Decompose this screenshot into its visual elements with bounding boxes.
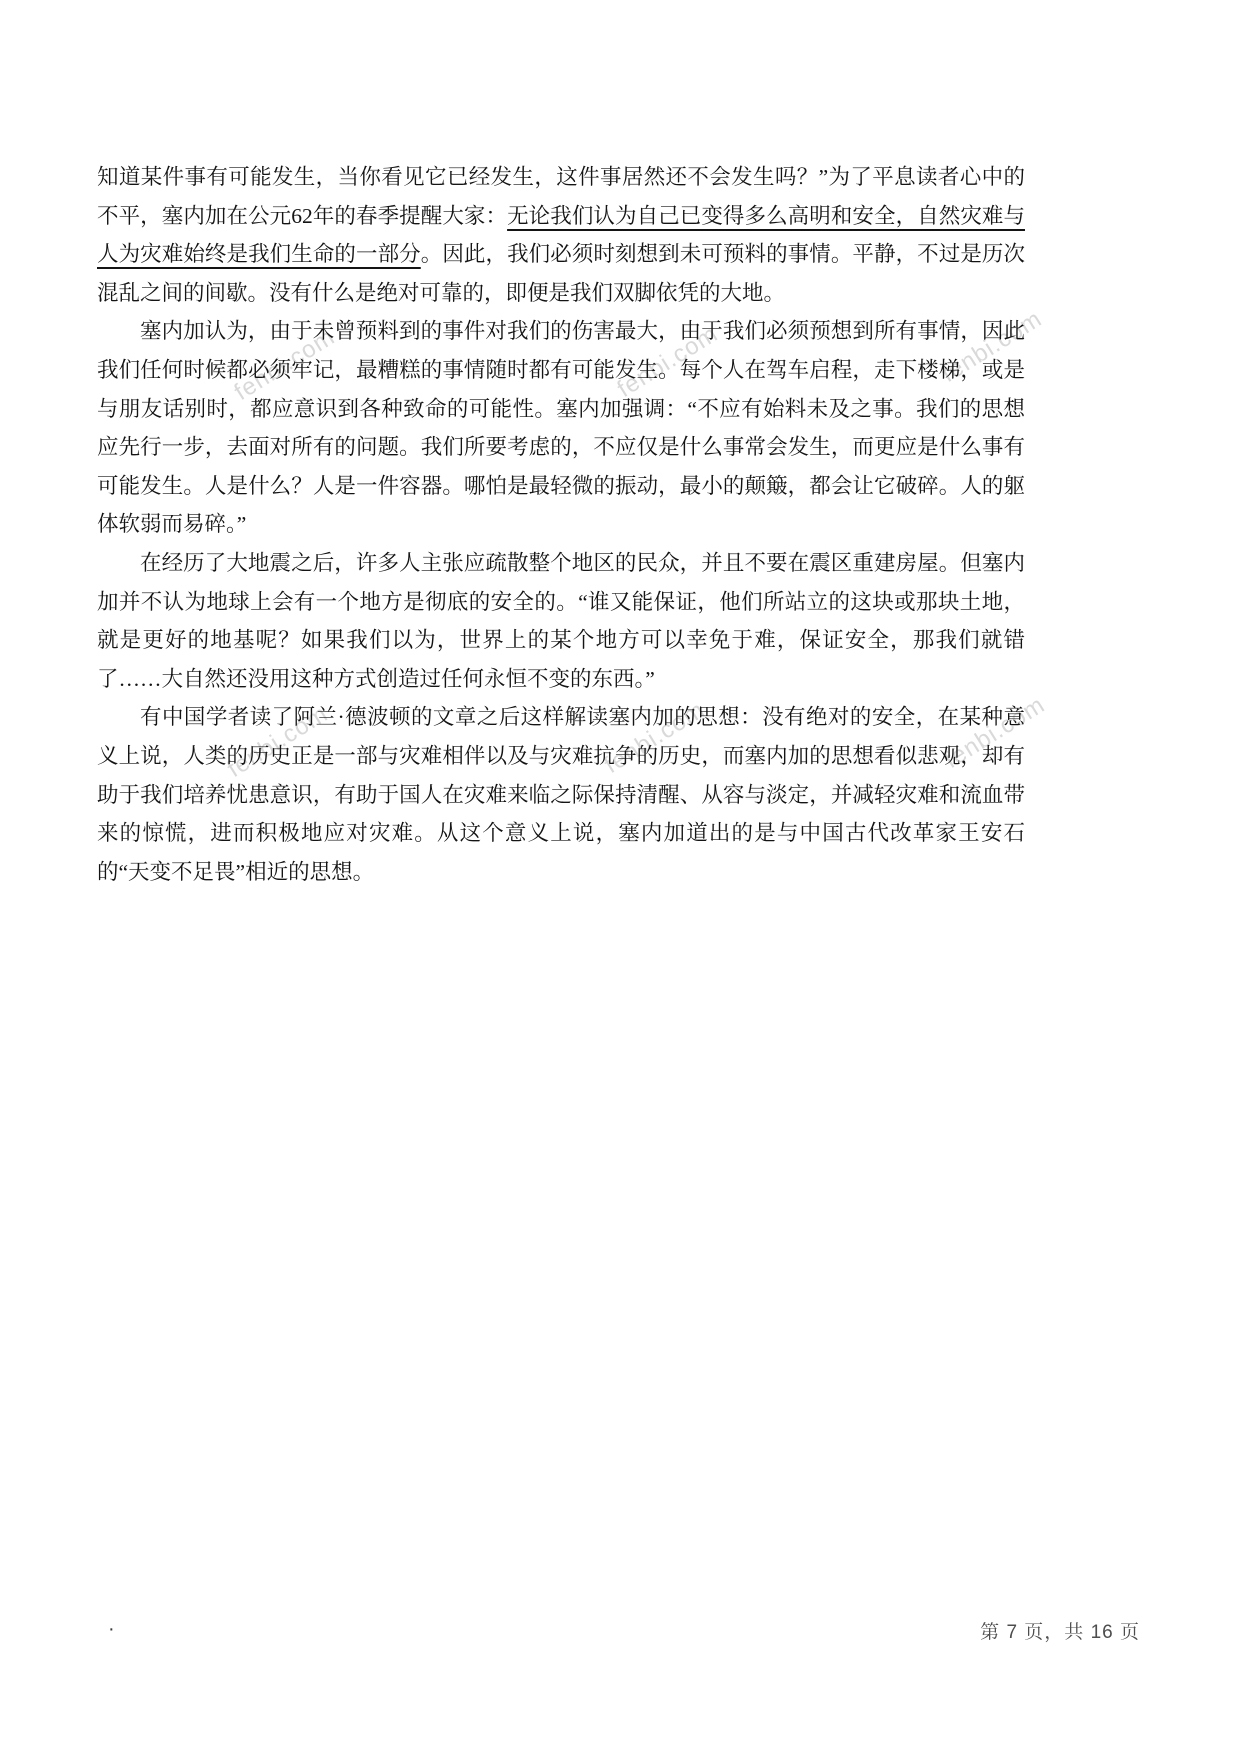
paragraph-2: 塞内加认为，由于未曾预料到的事件对我们的伤害最大，由于我们必须预想到所有事情，因…	[97, 312, 1025, 544]
paragraph-3: 在经历了大地震之后，许多人主张应疏散整个地区的民众，并且不要在震区重建房屋。但塞…	[97, 544, 1025, 698]
paragraph-1: 知道某件事有可能发生，当你看见它已经发生，这件事居然还不会发生吗？”为了平息读者…	[97, 158, 1025, 312]
paragraph-3-text: 在经历了大地震之后，许多人主张应疏散整个地区的民众，并且不要在震区重建房屋。但塞…	[97, 551, 1025, 691]
document-page: fenbi.com fenbi.com fenbi.com fenbi.com …	[0, 0, 1240, 1754]
paragraph-2-text: 塞内加认为，由于未曾预料到的事件对我们的伤害最大，由于我们必须预想到所有事情，因…	[97, 319, 1025, 536]
paragraph-4-text: 有中国学者读了阿兰·德波顿的文章之后这样解读塞内加的思想：没有绝对的安全，在某种…	[97, 705, 1025, 883]
passage-content: 知道某件事有可能发生，当你看见它已经发生，这件事居然还不会发生吗？”为了平息读者…	[97, 158, 1025, 891]
footer-dot: ·	[108, 1618, 115, 1641]
page-indicator: 第 7 页，共 16 页	[980, 1617, 1140, 1644]
paragraph-4: 有中国学者读了阿兰·德波顿的文章之后这样解读塞内加的思想：没有绝对的安全，在某种…	[97, 698, 1025, 891]
